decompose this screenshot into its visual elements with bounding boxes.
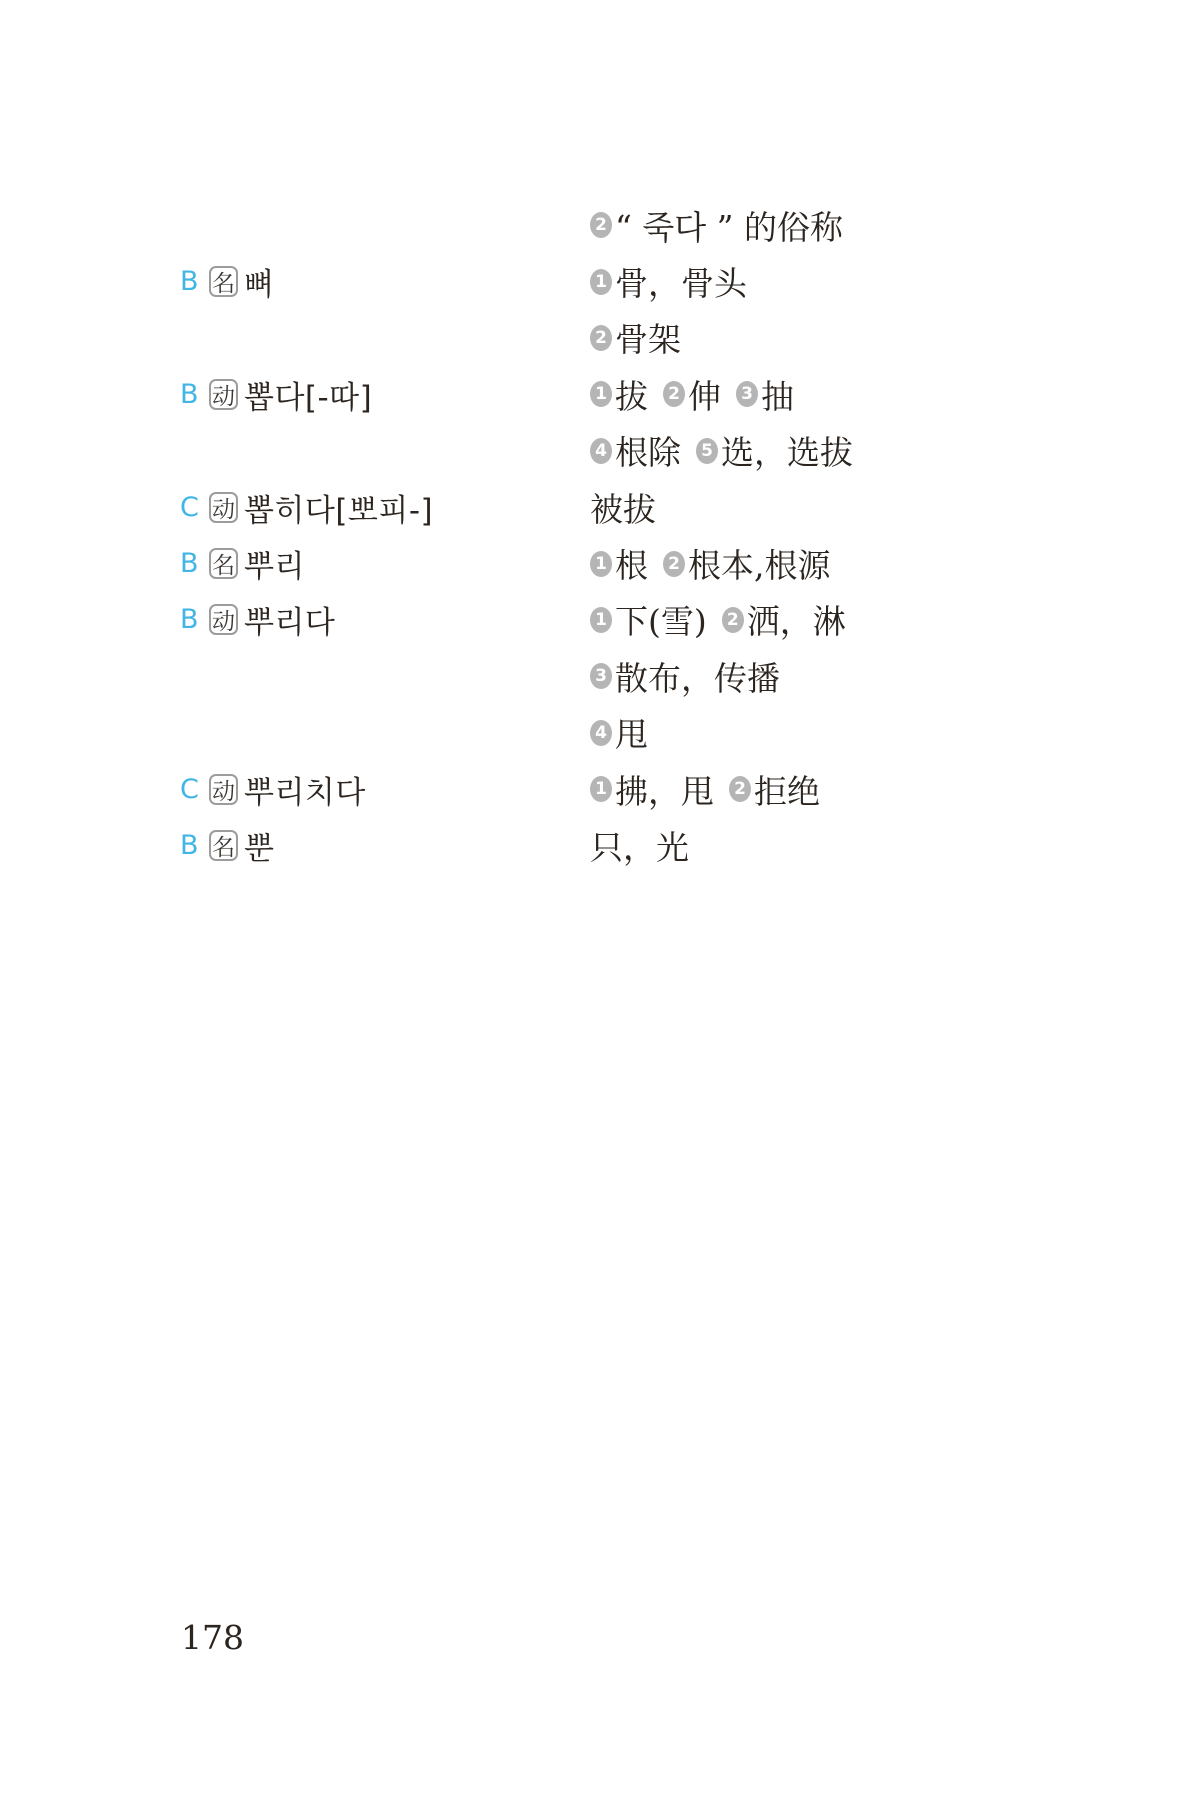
- entry-definition: 4甩: [590, 709, 648, 756]
- sense-number-icon: 3: [736, 381, 758, 407]
- sense-number-icon: 1: [590, 551, 612, 577]
- entry-list: 2“ 죽다 ” 的俗称 B 名 뼈 1骨，骨头 2骨架 B 动 뽑다[-따] 1…: [180, 197, 1040, 874]
- entry-headword-area: [180, 210, 590, 241]
- definition-segment: 1骨，骨头: [590, 258, 747, 305]
- entry-headword: 뽑다[-따]: [244, 372, 372, 417]
- definition-text: 拒绝: [754, 766, 820, 813]
- entry-headword: 뿌리: [244, 541, 305, 586]
- entry-level-badge: B: [180, 550, 202, 577]
- part-of-speech-tag: 名: [209, 266, 238, 297]
- sense-number-icon: 5: [696, 438, 718, 464]
- definition-text: 甩: [615, 709, 648, 756]
- definition-segment: 3抽: [736, 371, 794, 418]
- entry-row: B 动 뽑다[-따] 1拔2伸3抽: [180, 366, 1040, 422]
- entry-headword-area: B 动 뿌리다: [180, 597, 590, 642]
- part-of-speech-tag: 动: [209, 604, 238, 635]
- sense-number-icon: 2: [590, 212, 612, 238]
- entry-headword: 뿌리치다: [244, 767, 366, 812]
- definition-text: 下(雪): [615, 596, 707, 643]
- definition-text: 抽: [761, 371, 794, 418]
- sense-number-icon: 2: [729, 776, 751, 802]
- entry-row: B 动 뿌리다 1下(雪)2洒，淋: [180, 592, 1040, 648]
- entry-headword-area: C 动 뿌리치다: [180, 767, 590, 812]
- entry-level-badge: B: [180, 268, 202, 295]
- definition-text: 只，光: [590, 822, 689, 869]
- definition-segment: 1拂，甩: [590, 766, 714, 813]
- definition-text: 骨，骨头: [615, 258, 747, 305]
- part-of-speech-tag: 动: [209, 774, 238, 805]
- dictionary-page: { "page": { "number": "178" }, "colors":…: [0, 0, 1179, 1804]
- definition-text: 根: [615, 540, 648, 587]
- entry-headword-area: [180, 435, 590, 466]
- entry-definition: 2“ 죽다 ” 的俗称: [590, 202, 843, 249]
- definition-text: 根除: [615, 427, 681, 474]
- part-of-speech-tag: 动: [209, 379, 238, 410]
- sense-number-icon: 4: [590, 438, 612, 464]
- definition-segment: 1下(雪): [590, 596, 707, 643]
- entry-row: 4根除5选，选拔: [180, 423, 1040, 479]
- part-of-speech-tag: 名: [209, 830, 238, 861]
- sense-number-icon: 1: [590, 269, 612, 295]
- part-of-speech-tag: 动: [209, 492, 238, 523]
- definition-segment: 2拒绝: [729, 766, 820, 813]
- definition-segment: 1拔: [590, 371, 648, 418]
- definition-text: 被拔: [590, 484, 656, 531]
- entry-headword-area: [180, 717, 590, 748]
- entry-headword: 뿐: [244, 823, 274, 868]
- entry-row: 2骨架: [180, 310, 1040, 366]
- entry-headword-area: B 动 뽑다[-따]: [180, 372, 590, 417]
- entry-definition: 1根2根本,根源: [590, 540, 831, 587]
- definition-text: 散布，传播: [615, 653, 780, 700]
- definition-segment: 4甩: [590, 709, 648, 756]
- entry-row: 4甩: [180, 705, 1040, 761]
- sense-number-icon: 1: [590, 607, 612, 633]
- entry-headword: 뼈: [244, 259, 274, 304]
- entry-headword: 뽑히다[뽀피-]: [244, 485, 433, 530]
- sense-number-icon: 1: [590, 381, 612, 407]
- definition-text: 拂，甩: [615, 766, 714, 813]
- definition-text: “ 죽다 ” 的俗称: [615, 202, 843, 249]
- definition-segment: 被拔: [590, 484, 656, 531]
- sense-number-icon: 2: [722, 607, 744, 633]
- definition-segment: 2根本,根源: [663, 540, 831, 587]
- entry-definition: 3散布，传播: [590, 653, 780, 700]
- entry-level-badge: C: [180, 776, 202, 803]
- entry-row: B 名 뿌리 1根2根本,根源: [180, 535, 1040, 591]
- entry-definition: 只，光: [590, 822, 689, 869]
- entry-level-badge: C: [180, 494, 202, 521]
- part-of-speech-tag: 名: [209, 548, 238, 579]
- entry-headword-area: C 动 뽑히다[뽀피-]: [180, 485, 590, 530]
- page-number: 178: [181, 1618, 244, 1657]
- entry-definition: 1拔2伸3抽: [590, 371, 794, 418]
- entry-row: C 动 뿌리치다 1拂，甩2拒绝: [180, 761, 1040, 817]
- entry-definition: 1拂，甩2拒绝: [590, 766, 820, 813]
- sense-number-icon: 2: [663, 381, 685, 407]
- entry-definition: 2骨架: [590, 314, 681, 361]
- entry-definition: 4根除5选，选拔: [590, 427, 853, 474]
- definition-text: 根本,根源: [688, 540, 831, 587]
- definition-segment: 2洒，淋: [722, 596, 846, 643]
- definition-segment: 只，光: [590, 822, 689, 869]
- entry-headword-area: [180, 322, 590, 353]
- entry-headword-area: B 名 뿌리: [180, 541, 590, 586]
- sense-number-icon: 3: [590, 663, 612, 689]
- definition-text: 伸: [688, 371, 721, 418]
- entry-definition: 1下(雪)2洒，淋: [590, 596, 846, 643]
- entry-level-badge: B: [180, 381, 202, 408]
- definition-segment: 2“ 죽다 ” 的俗称: [590, 202, 843, 249]
- definition-segment: 1根: [590, 540, 648, 587]
- entry-row: 2“ 죽다 ” 的俗称: [180, 197, 1040, 253]
- sense-number-icon: 2: [590, 325, 612, 351]
- entry-level-badge: B: [180, 832, 202, 859]
- entry-definition: 被拔: [590, 484, 656, 531]
- entry-definition: 1骨，骨头: [590, 258, 747, 305]
- entry-headword-area: [180, 661, 590, 692]
- entry-row: B 名 뼈 1骨，骨头: [180, 253, 1040, 309]
- sense-number-icon: 1: [590, 776, 612, 802]
- entry-headword: 뿌리다: [244, 597, 335, 642]
- definition-segment: 5选，选拔: [696, 427, 853, 474]
- entry-row: 3散布，传播: [180, 648, 1040, 704]
- sense-number-icon: 2: [663, 551, 685, 577]
- definition-segment: 2骨架: [590, 314, 681, 361]
- entry-headword-area: B 名 뼈: [180, 259, 590, 304]
- definition-text: 骨架: [615, 314, 681, 361]
- definition-text: 洒，淋: [747, 596, 846, 643]
- sense-number-icon: 4: [590, 720, 612, 746]
- entry-headword-area: B 名 뿐: [180, 823, 590, 868]
- definition-segment: 2伸: [663, 371, 721, 418]
- definition-text: 选，选拔: [721, 427, 853, 474]
- entry-level-badge: B: [180, 606, 202, 633]
- definition-segment: 3散布，传播: [590, 653, 780, 700]
- entry-row: C 动 뽑히다[뽀피-] 被拔: [180, 479, 1040, 535]
- definition-text: 拔: [615, 371, 648, 418]
- definition-segment: 4根除: [590, 427, 681, 474]
- entry-row: B 名 뿐 只，光: [180, 817, 1040, 873]
